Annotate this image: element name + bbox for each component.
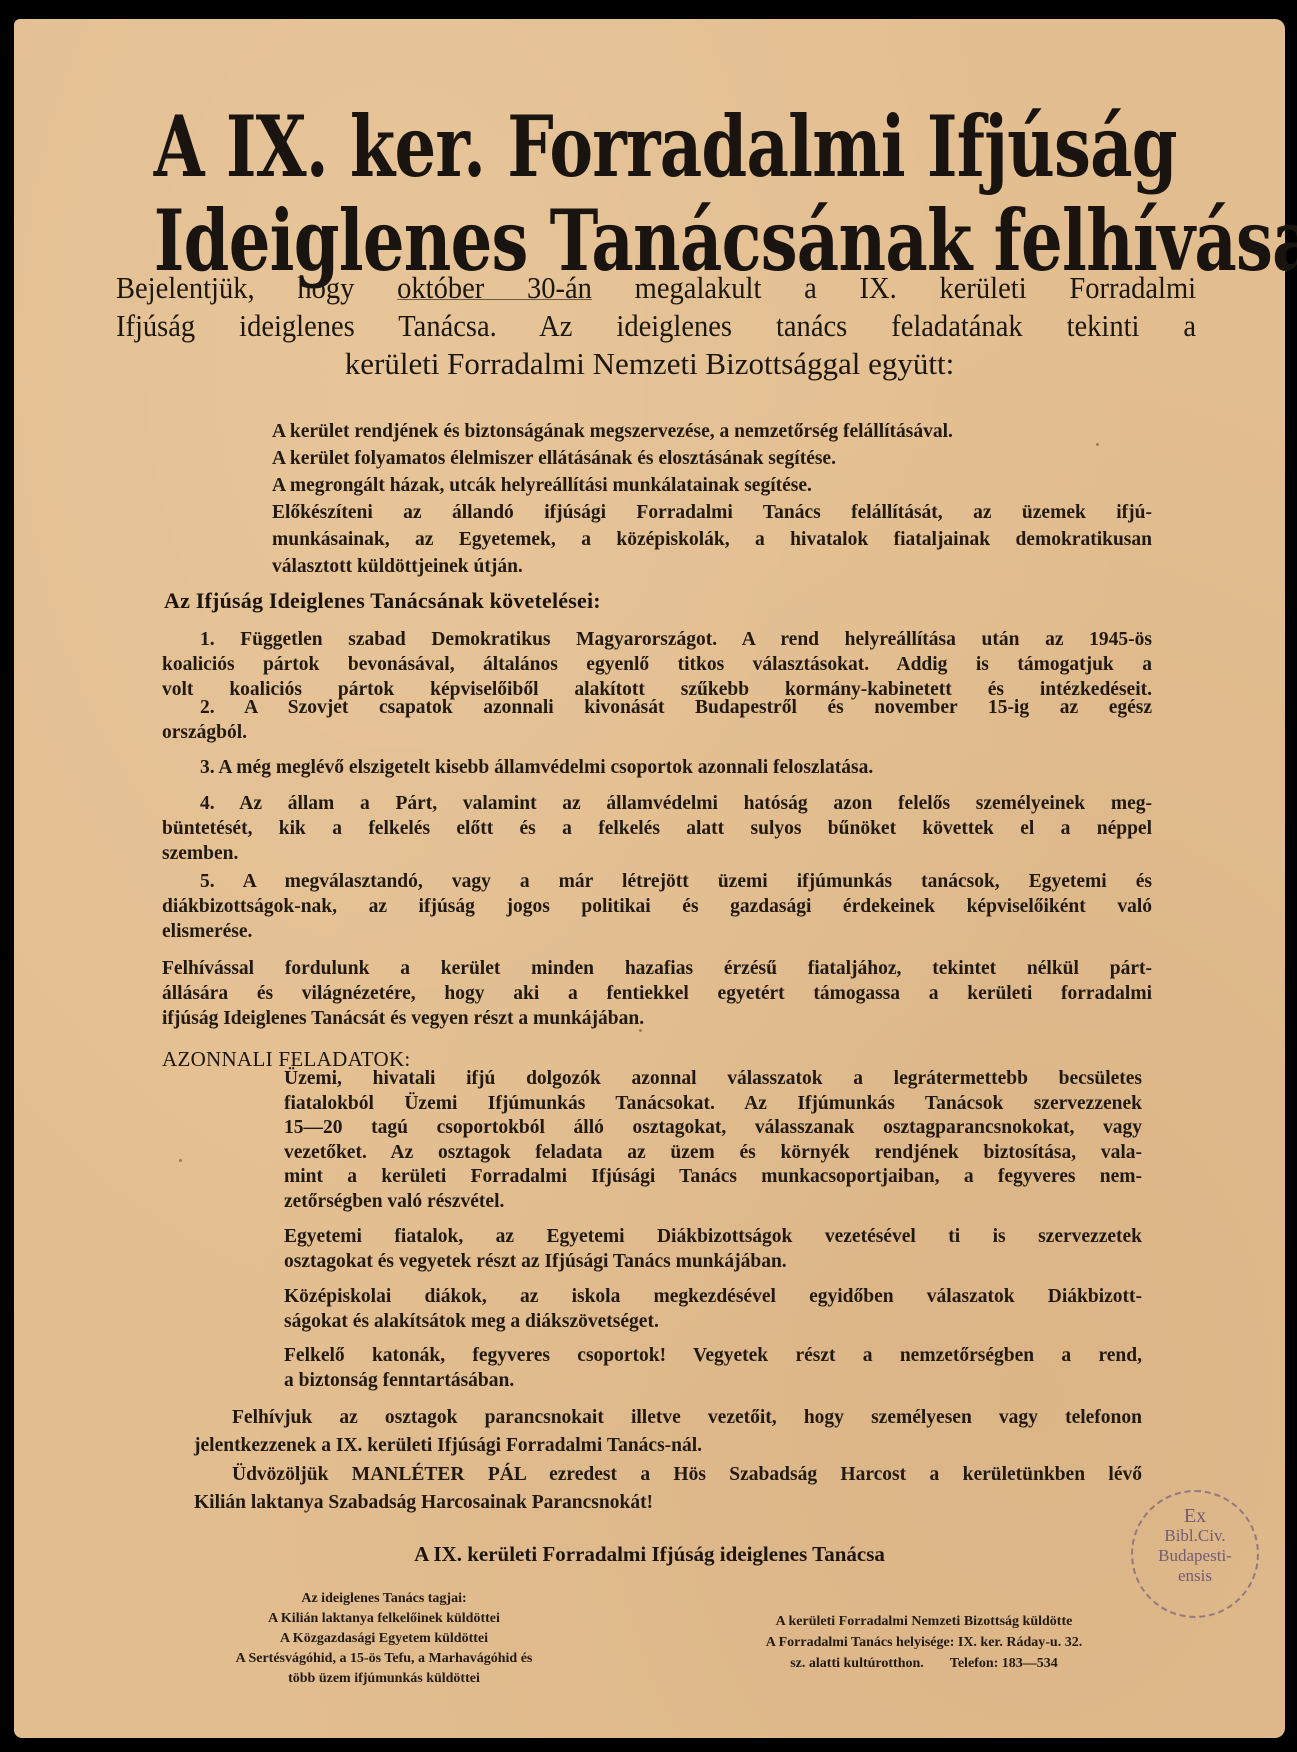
announcement-line-2: Ifjúság ideiglenes Tanácsa. Az ideiglene… [116, 307, 1196, 344]
task-line: mint a kerületi Forradalmi Ifjúsági Taná… [284, 1165, 1142, 1190]
paper-speck [1096, 443, 1099, 446]
poster-sheet: A IX. ker. Forradalmi Ifjúság Ideiglenes… [14, 19, 1285, 1738]
task-line: Felkelő katonák, fegyveres csoportok! Ve… [284, 1344, 1142, 1369]
demand-5: 5. A megválasztandó, vagy a már létrejöt… [162, 869, 1152, 944]
demand-2: 2. A Szovjet csapatok azonnali kivonását… [162, 695, 1152, 745]
task-item-continued: munkásainak, az Egyetemek, a középiskolá… [272, 526, 1152, 553]
demand-line: szemben. [162, 841, 1152, 866]
immediate-task-highschool: Középiskolai diákok, az iskola megkezdés… [284, 1285, 1142, 1334]
task-line: Középiskolai diákok, az iskola megkezdés… [284, 1285, 1142, 1310]
closing-line: Kilián laktanya Szabadság Harcosainak Pa… [194, 1489, 1142, 1517]
immediate-task-workers: Üzemi, hivatali ifjú dolgozók azonnal vá… [284, 1067, 1142, 1214]
announcement-line-1: Bejelentjük, hogy október 30-án megalaku… [116, 269, 1196, 306]
member-line: több üzem ifjúmunkás küldöttei [164, 1669, 604, 1689]
task-item: A megrongált házak, utcák helyreállítási… [272, 472, 1152, 499]
immediate-task-university: Egyetemi fiatalok, az Egyetemi Diákbizot… [284, 1225, 1142, 1274]
appeal-line: Felhívással fordulunk a kerület minden h… [162, 956, 1152, 981]
office-phone: Telefon: 183—534 [950, 1656, 1058, 1671]
library-stamp-icon: Ex Bibl.Civ. Budapesti- ensis [1131, 1490, 1259, 1618]
member-line: A Kilián laktanya felkelőinek küldöttei [164, 1609, 604, 1629]
members-title: Az ideiglenes Tanács tagjai: [164, 1589, 604, 1609]
appeal-line: állására és világnézetére, hogy aki a fe… [162, 981, 1152, 1006]
demand-line: elismerése. [162, 919, 1152, 944]
closing-call-commanders: Felhívjuk az osztagok parancsnokait ille… [194, 1404, 1142, 1460]
stamp-line: Budapesti- [1133, 1546, 1257, 1566]
demand-line: 5. A megválasztandó, vagy a már létrejöt… [162, 869, 1152, 894]
signature: A IX. kerületi Forradalmi Ifjúság ideigl… [14, 1542, 1285, 1567]
appeal-line: ifjúság Ideiglenes Tanácsát és vegyen ré… [162, 1006, 1152, 1031]
task-line: 15—20 tagú csoportokból álló osztagokat,… [284, 1116, 1142, 1141]
closing-line: jelentkezzenek a IX. kerületi Ifjúsági F… [194, 1432, 1142, 1460]
demand-line: 3. A még meglévő elszigetelt kisebb álla… [162, 755, 1152, 780]
task-line: a biztonság fenntartásában. [284, 1369, 1142, 1394]
task-line: Egyetemi fiatalok, az Egyetemi Diákbizot… [284, 1225, 1142, 1250]
immediate-task-soldiers: Felkelő katonák, fegyveres csoportok! Ve… [284, 1344, 1142, 1393]
demand-4: 4. Az állam a Párt, valamint az államvéd… [162, 791, 1152, 866]
stamp-line: Ex [1133, 1506, 1257, 1526]
demand-line: 2. A Szovjet csapatok azonnali kivonását… [162, 695, 1152, 720]
announcement-text: Bejelentjük, hogy [116, 270, 397, 305]
demand-line: 1. Független szabad Demokratikus Magyaro… [162, 627, 1152, 652]
task-line: zetőrségben való részvétel. [284, 1190, 1142, 1215]
closing-greeting: Üdvözöljük MANLÉTER PÁL ezredest a Hös S… [194, 1461, 1142, 1517]
appeal-paragraph: Felhívással fordulunk a kerület minden h… [162, 956, 1152, 1031]
demand-line: diákbizottságok-nak, az ifjúság jogos po… [162, 894, 1152, 919]
office-info: A kerületi Forradalmi Nemzeti Bizottság … [694, 1611, 1154, 1674]
closing-line: Felhívjuk az osztagok parancsnokait ille… [194, 1404, 1142, 1432]
office-phone-row: sz. alatti kultúrotthon.Telefon: 183—534 [694, 1653, 1154, 1674]
demands-title: Az Ifjúság Ideiglenes Tanácsának követel… [164, 588, 601, 614]
task-line: ságokat és alakítsátok meg a diákszövets… [284, 1310, 1142, 1335]
demand-line: 4. Az állam a Párt, valamint az államvéd… [162, 791, 1152, 816]
closing-line: Üdvözöljük MANLÉTER PÁL ezredest a Hös S… [194, 1461, 1142, 1489]
task-item: Előkészíteni az állandó ifjúsági Forrada… [272, 499, 1152, 526]
paper-speck [639, 1029, 642, 1032]
demand-line: büntetését, kik a felkelés előtt és a fe… [162, 816, 1152, 841]
task-list: A kerület rendjének és biztonságának meg… [272, 418, 1152, 580]
paper-speck [179, 1159, 182, 1162]
task-item: A kerület folyamatos élelmiszer ellátásá… [272, 445, 1152, 472]
date-underlined: október 30-án [397, 270, 592, 305]
stamp-line: ensis [1133, 1566, 1257, 1586]
member-line: A Közgazdasági Egyetem küldöttei [164, 1629, 604, 1649]
office-address: A Forradalmi Tanács helyisége: IX. ker. … [694, 1632, 1154, 1653]
task-line: Üzemi, hivatali ifjú dolgozók azonnal vá… [284, 1067, 1142, 1092]
task-line: osztagokat és vegyetek részt az Ifjúsági… [284, 1250, 1142, 1275]
demand-line: országból. [162, 720, 1152, 745]
council-members: Az ideiglenes Tanács tagjai: A Kilián la… [164, 1589, 604, 1689]
office-line: A kerületi Forradalmi Nemzeti Bizottság … [694, 1611, 1154, 1632]
demand-line: koaliciós pártok bevonásával, általános … [162, 652, 1152, 677]
demand-1: 1. Független szabad Demokratikus Magyaro… [162, 627, 1152, 702]
member-line: A Sertésvágóhid, a 15-ös Tefu, a Marhavá… [164, 1649, 604, 1669]
task-item-continued: választott küldöttjeinek útján. [272, 553, 1152, 580]
task-line: fiatalokból Üzemi Ifjúmunkás Tanácsokat.… [284, 1092, 1142, 1117]
office-address-suffix: sz. alatti kultúrotthon. [790, 1656, 924, 1671]
task-line: vezetőket. Az osztagok feladata az üzem … [284, 1141, 1142, 1166]
announcement-text: megalakult a IX. kerületi Forradalmi [592, 270, 1196, 305]
announcement-line-3: kerületi Forradalmi Nemzeti Bizottsággal… [14, 345, 1285, 382]
headline-line-1: A IX. ker. Forradalmi Ifjúság [154, 99, 1145, 195]
stamp-line: Bibl.Civ. [1133, 1526, 1257, 1546]
task-item: A kerület rendjének és biztonságának meg… [272, 418, 1152, 445]
demand-3: 3. A még meglévő elszigetelt kisebb álla… [162, 755, 1152, 780]
